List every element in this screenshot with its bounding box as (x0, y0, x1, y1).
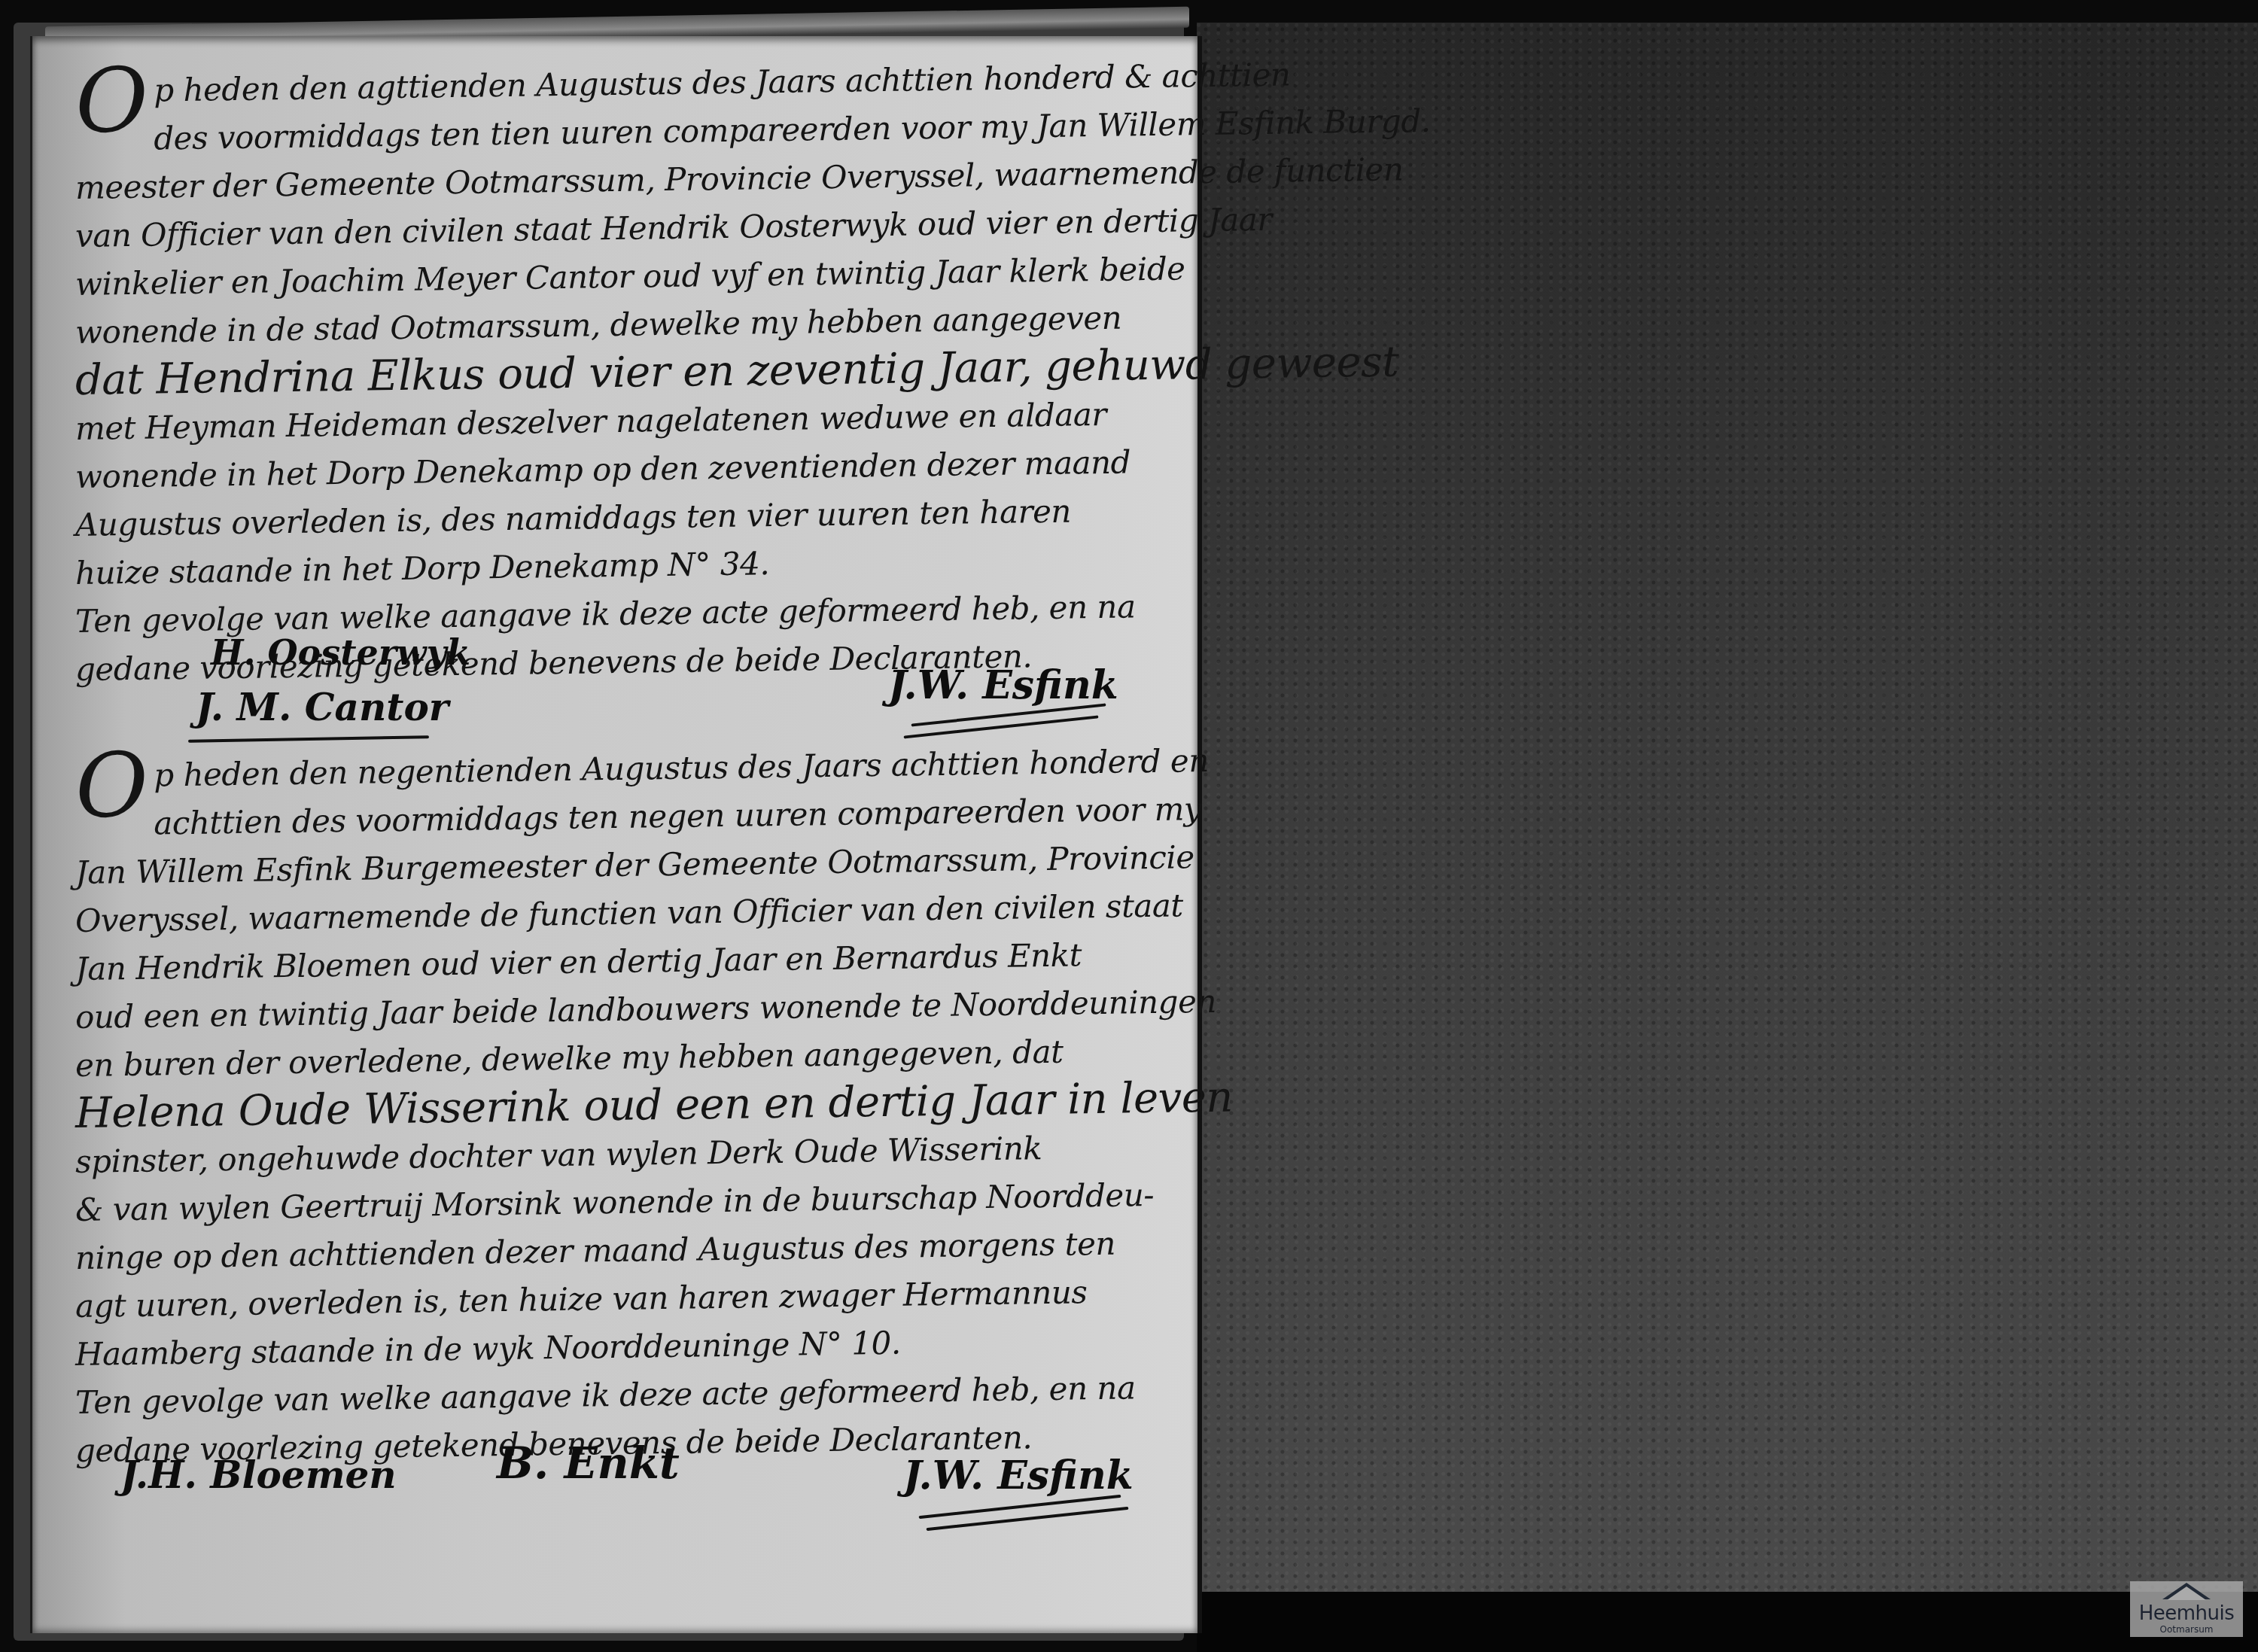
signature-underline (904, 715, 1099, 738)
signatures-entry-2: J.H. Bloemen B. Enkt J.W. Esfink (75, 1438, 1189, 1573)
signature-witness-1: H. Oosterwyk (211, 632, 470, 673)
scanner-background (1197, 23, 2258, 1592)
record-line: p heden den negentienden Augustus des Ja… (154, 742, 1209, 794)
signature-witness-1: J.H. Bloemen (120, 1453, 397, 1497)
signature-flourish (188, 735, 429, 743)
signature-witness-2: J. M. Cantor (196, 685, 449, 729)
signature-witness-2: B. Enkt (497, 1438, 680, 1489)
death-record-entry-1: Op heden den agttienden Augustus des Jaa… (75, 68, 1189, 694)
signature-registrar: J.W. Esfink (903, 1453, 1134, 1498)
heemhuis-watermark: Heemhuis Ootmarsum (2130, 1581, 2243, 1637)
house-roof-icon (2162, 1583, 2211, 1599)
watermark-subtitle: Ootmarsum (2159, 1623, 2213, 1635)
signature-registrar: J.W. Esfink (888, 662, 1118, 708)
signature-underline (927, 1507, 1129, 1531)
death-record-entry-2: Op heden den negentienden Augustus des J… (75, 753, 1189, 1475)
scanner-background-bottom (1197, 1592, 2258, 1652)
watermark-title: Heemhuis (2139, 1604, 2235, 1623)
